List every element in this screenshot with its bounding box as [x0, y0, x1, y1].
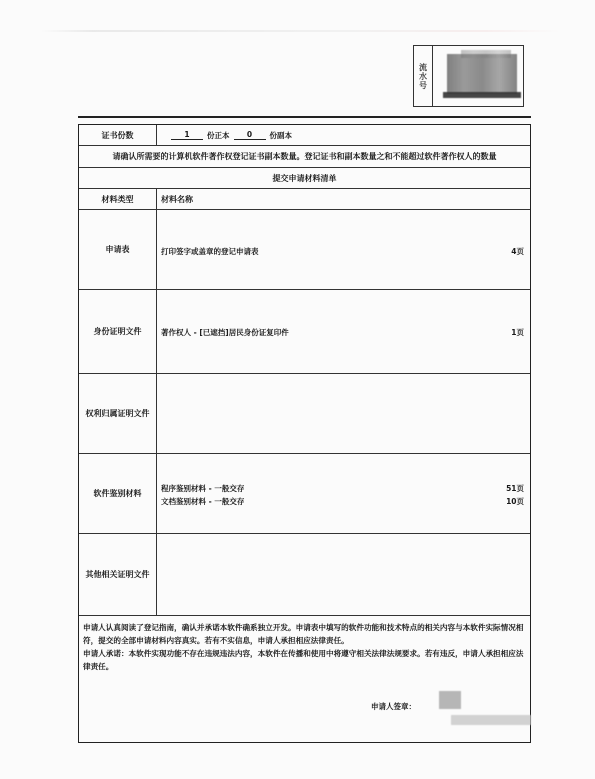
- material-pages: 51页: [506, 483, 524, 494]
- section-title: 提交申请材料清单: [79, 168, 530, 188]
- signature-label: 申请人签章：: [371, 701, 416, 712]
- declaration: 申请人认真阅读了登记指南，确认并承诺本软件确系独立开发。申请表中填写的软件功能和…: [83, 621, 524, 673]
- original-suffix: 份正本: [207, 130, 230, 141]
- material-name: 程序鉴别材料 - 一般交存: [161, 483, 244, 494]
- declaration-paragraph: 申请人认真阅读了登记指南，确认并承诺本软件确系独立开发。申请表中填写的软件功能和…: [83, 621, 524, 647]
- declaration-paragraph: 申请人承诺：本软件实现功能不存在违规违法内容，本软件在传播和使用中将遵守相关法律…: [83, 647, 524, 673]
- material-pages: 4页: [511, 246, 524, 257]
- serial-number-redacted: [433, 46, 523, 106]
- table-row: 权利归属证明文件: [79, 374, 530, 454]
- material-name: 著作权人 - [已遮挡]居民身份证复印件: [161, 327, 289, 338]
- table-row: 身份证明文件 著作权人 - [已遮挡]居民身份证复印件1页: [79, 290, 530, 374]
- certificate-count-row: 证书份数 1 份正本 0 份副本: [79, 125, 530, 146]
- material-name: 打印签字或盖章的登记申请表: [161, 246, 259, 257]
- notice-text: 请确认所需要的计算机软件著作权登记证书副本数量。登记证书和副本数量之和不能超过软…: [79, 146, 530, 167]
- table-row: 软件鉴别材料 程序鉴别材料 - 一般交存51页 文档鉴别材料 - 一般交存10页: [79, 454, 530, 534]
- copy-count-field[interactable]: 0: [234, 130, 266, 140]
- material-pages: 10页: [506, 496, 524, 507]
- material-type: 身份证明文件: [79, 290, 157, 373]
- serial-number-box: 流水号: [413, 45, 524, 107]
- table-row: 申请表 打印签字或盖章的登记申请表4页: [79, 210, 530, 290]
- notice-row: 请确认所需要的计算机软件著作权登记证书副本数量。登记证书和副本数量之和不能超过软…: [79, 146, 530, 168]
- header-type: 材料类型: [79, 189, 157, 209]
- header-name: 材料名称: [157, 189, 530, 209]
- certificate-count-label: 证书份数: [79, 125, 157, 145]
- material-pages: 1页: [511, 327, 524, 338]
- application-materials-form: 证书份数 1 份正本 0 份副本 请确认所需要的计算机软件著作权登记证书副本数量…: [78, 124, 531, 743]
- material-type: 申请表: [79, 210, 157, 289]
- signature-redacted: [439, 691, 461, 709]
- copy-suffix: 份副本: [270, 130, 293, 141]
- material-type: 软件鉴别材料: [79, 454, 157, 533]
- material-type: 权利归属证明文件: [79, 374, 157, 453]
- table-row: 其他相关证明文件: [79, 534, 530, 616]
- serial-number-label: 流水号: [414, 46, 433, 106]
- table-header-row: 材料类型 材料名称: [79, 189, 530, 210]
- material-type: 其他相关证明文件: [79, 534, 157, 615]
- date-redacted: [451, 715, 531, 725]
- scan-artifact: [40, 30, 560, 32]
- section-title-row: 提交申请材料清单: [79, 168, 530, 189]
- original-count-field[interactable]: 1: [171, 130, 203, 140]
- material-name: 文档鉴别材料 - 一般交存: [161, 496, 244, 507]
- header-rule: [78, 116, 531, 118]
